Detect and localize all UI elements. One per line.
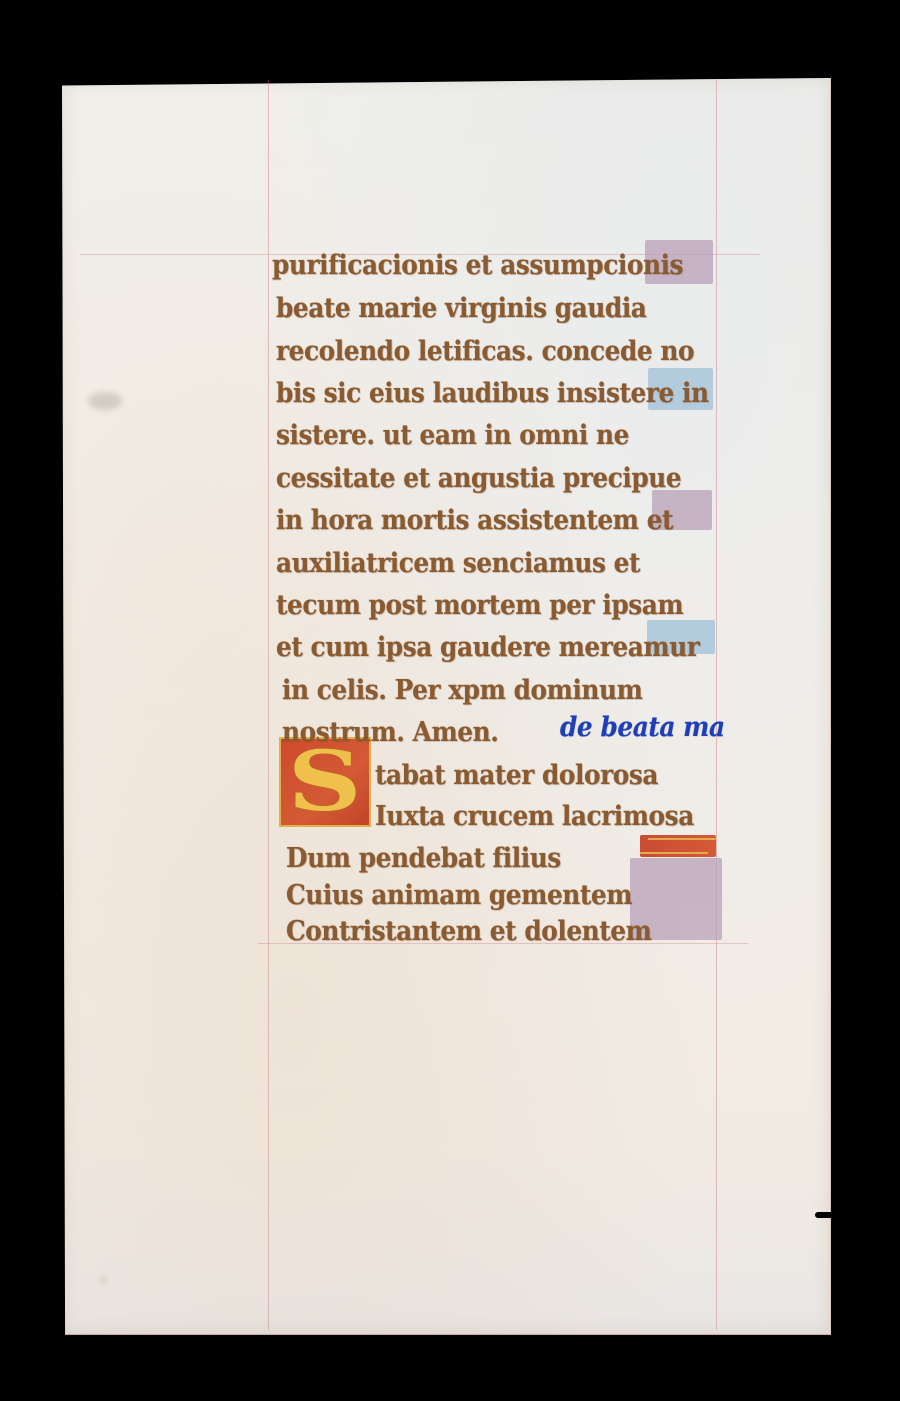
text-line: in hora mortis assistentem et bbox=[276, 505, 673, 545]
text-line: purificacionis et assumpcionis bbox=[272, 250, 683, 290]
text-line: nostrum. Amen. bbox=[282, 717, 498, 757]
text-line: beate marie virginis gaudia bbox=[276, 293, 646, 333]
text-line: Contristantem et dolentem bbox=[286, 916, 651, 956]
edge-notch bbox=[815, 1212, 831, 1218]
text-line: tabat mater dolorosa bbox=[375, 760, 658, 800]
text-line: cessitate et angustia precipue bbox=[276, 463, 681, 503]
ruling-left bbox=[268, 80, 269, 1330]
text-line: Cuius animam gementem bbox=[286, 880, 632, 920]
stain-mark bbox=[88, 392, 122, 410]
stain-mark bbox=[101, 1275, 105, 1285]
text-line: Iuxta crucem lacrimosa bbox=[375, 801, 694, 841]
text-line: tecum post mortem per ipsam bbox=[276, 590, 683, 630]
text-line: in celis. Per xpm dominum bbox=[282, 675, 642, 715]
text-line: sistere. ut eam in omni ne bbox=[276, 420, 629, 460]
ruling-right bbox=[716, 80, 717, 1330]
text-line: et cum ipsa gaudere mereamur bbox=[276, 632, 699, 672]
text-line: Dum pendebat filius bbox=[286, 843, 561, 883]
text-line: recolendo letificas. concede no bbox=[276, 336, 694, 376]
text-line: auxiliatricem senciamus et bbox=[276, 548, 640, 588]
rubric-heading: de beata ma bbox=[560, 712, 725, 752]
text-line: bis sic eius laudibus insistere in bbox=[276, 378, 709, 418]
